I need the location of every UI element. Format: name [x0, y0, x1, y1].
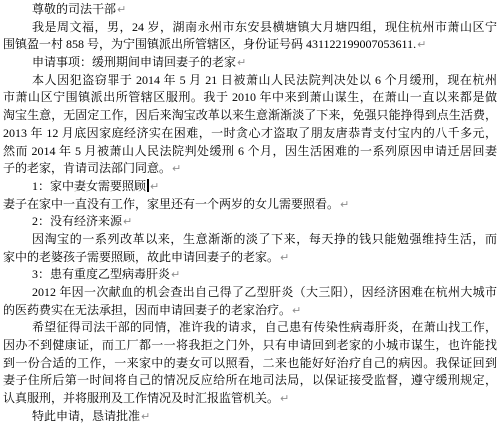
paragraph-mark-icon: ↵ [417, 38, 426, 51]
text-line: 3：患有重度乙型病毒肝炎↵ [3, 266, 497, 284]
paragraph-mark-icon: ↵ [280, 392, 289, 405]
text-line: 的医药费实在无法承担，因而申请回妻子的老家治疗。↵ [3, 302, 497, 320]
paragraph-mark-icon: ↵ [340, 198, 349, 211]
paragraph-mark-icon: ↵ [292, 304, 301, 317]
line-text: 我是周文福，男，24 岁，湖南永州市东安县横塘镇大月塘四组，现住杭州市萧山区宁 [32, 20, 497, 34]
text-line: 2012 年因一次献血的机会查出自己得了乙型肝炎（大三阳），因经济困难在杭州大城… [3, 284, 497, 302]
text-line: 然而 2014 年 5 月被萧山人民法院判处缓刑 6 个月，因生活困难的一系列原… [3, 143, 497, 161]
text-line: 认真服刑，并将服刑及工作情况及时汇报监管机关。↵ [3, 390, 497, 408]
paragraph-mark-icon: ↵ [123, 215, 132, 228]
line-text: 子的老家，肯请司法部门同意。 [3, 161, 171, 175]
line-text: 到一份合适的工作，一来家中的妻女可以照看，二来也能好好治疗自己的病因。我保证回到 [3, 356, 497, 370]
paragraph-mark-icon: ↵ [150, 180, 159, 193]
line-text: 2012 年因一次献血的机会查出自己得了乙型肝炎（大三阳），因经济困难在杭州大城… [32, 285, 497, 299]
text-line: 家中的老婆孩子需要照顾，故此申请回妻子的老家。↵ [3, 249, 497, 267]
paragraph-mark-icon: ↵ [117, 3, 126, 16]
text-line: 因淘宝的一系列改革以来，生意渐渐的淡了下来，每天挣的钱只能勉强维持生活，而 [3, 231, 497, 249]
text-line: 我是周文福，男，24 岁，湖南永州市东安县横塘镇大月塘四组，现住杭州市萧山区宁 [3, 19, 497, 37]
paragraph-mark-icon: ↵ [172, 162, 181, 175]
line-text: 因办不到健康证，而工厂都一一将我拒之门外，只有申请回到老家的小城市谋生，也许能找 [3, 338, 497, 352]
text-line: 2：没有经济来源↵ [3, 213, 497, 231]
text-line: 希望征得司法干部的同情，准许我的请求，自己患有传染性病毒肝炎，在萧山找工作， [3, 319, 497, 337]
line-text: 认真服刑，并将服刑及工作情况及时汇报监管机关。 [3, 391, 279, 405]
line-text: 希望征得司法干部的同情，准许我的请求，自己患有传染性病毒肝炎，在萧山找工作， [32, 320, 497, 334]
line-text: 因淘宝的一系列改革以来，生意渐渐的淡了下来，每天挣的钱只能勉强维持生活，而 [32, 232, 497, 246]
line-text: 特此申请，恳请批准 [32, 409, 140, 423]
line-text: 3：患有重度乙型病毒肝炎 [32, 267, 170, 281]
line-text: 尊敬的司法干部 [32, 2, 116, 16]
text-line: 淘宝生意，无固定工作，因后来淘宝改革以来生意渐渐淡了下来，免强只能挣得到点生活费… [3, 107, 497, 125]
line-text: 妻子住所后第一时间将自己的情况反应给所在地司法局，以保证接受监督，遵守缓刑规定， [3, 373, 497, 387]
text-line: 围镇盈一村 858 号，为宁围镇派出所管辖区，身份证号码 43112219900… [3, 36, 497, 54]
paragraph-mark-icon: ↵ [141, 410, 150, 423]
line-text: 围镇盈一村 858 号，为宁围镇派出所管辖区，身份证号码 43112219900… [3, 37, 416, 51]
line-text: 淘宝生意，无固定工作，因后来淘宝改革以来生意渐渐淡了下来，免强只能挣得到点生活费… [3, 108, 497, 122]
text-line: 妻子住所后第一时间将自己的情况反应给所在地司法局，以保证接受监督，遵守缓刑规定， [3, 372, 497, 390]
text-line: 特此申请，恳请批准↵ [3, 408, 497, 426]
text-line: 申请事项：缓刑期间申请回妻子的老家↵ [3, 54, 497, 72]
text-line: 市萧山区宁围镇派出所管辖区服刑。我于 2010 年中来到萧山谋生，在萧山一直以来… [3, 89, 497, 107]
paragraph-mark-icon: ↵ [237, 56, 246, 69]
text-line: 到一份合适的工作，一来家中的妻女可以照看，二来也能好好治疗自己的病因。我保证回到 [3, 355, 497, 373]
text-line: 尊敬的司法干部↵ [3, 1, 497, 19]
text-line: 子的老家，肯请司法部门同意。↵ [3, 160, 497, 178]
line-text: 2013 年 12 月底因家庭经济实在困难，一时贪心才盗取了朋友唐恭青支付宝内的… [3, 126, 497, 140]
line-text: 然而 2014 年 5 月被萧山人民法院判处缓刑 6 个月，因生活困难的一系列原… [3, 144, 497, 158]
document-lines: 尊敬的司法干部↵我是周文福，男，24 岁，湖南永州市东安县横塘镇大月塘四组，现住… [3, 1, 497, 426]
document-canvas[interactable]: 尊敬的司法干部↵我是周文福，男，24 岁，湖南永州市东安县横塘镇大月塘四组，现住… [0, 0, 500, 426]
line-text: 妻子在家中一直没有工作，家里还有一个两岁的女儿需要照看。 [3, 197, 339, 211]
text-line: 妻子在家中一直没有工作，家里还有一个两岁的女儿需要照看。↵ [3, 196, 497, 214]
text-line: 本人因犯盗窃罪于 2014 年 5 月 21 日被萧山人民法院判决处以 6 个月… [3, 72, 497, 90]
line-text: 本人因犯盗窃罪于 2014 年 5 月 21 日被萧山人民法院判决处以 6 个月… [32, 73, 497, 87]
line-text: 家中的老婆孩子需要照顾，故此申请回妻子的老家。 [3, 250, 279, 264]
paragraph-mark-icon: ↵ [171, 268, 180, 281]
line-text: 的医药费实在无法承担，因而申请回妻子的老家治疗。 [3, 303, 291, 317]
line-text: 市萧山区宁围镇派出所管辖区服刑。我于 2010 年中来到萧山谋生，在萧山一直以来… [3, 90, 497, 104]
line-text: 2：没有经济来源 [32, 214, 122, 228]
paragraph-mark-icon: ↵ [280, 251, 289, 264]
text-line: 因办不到健康证，而工厂都一一将我拒之门外，只有申请回到老家的小城市谋生，也许能找 [3, 337, 497, 355]
line-text: 申请事项：缓刑期间申请回妻子的老家 [32, 55, 236, 69]
text-cursor [147, 179, 149, 192]
line-text: 1：家中妻女需要照顾 [32, 179, 146, 193]
text-line: 1：家中妻女需要照顾↵ [3, 178, 497, 196]
text-line: 2013 年 12 月底因家庭经济实在困难，一时贪心才盗取了朋友唐恭青支付宝内的… [3, 125, 497, 143]
